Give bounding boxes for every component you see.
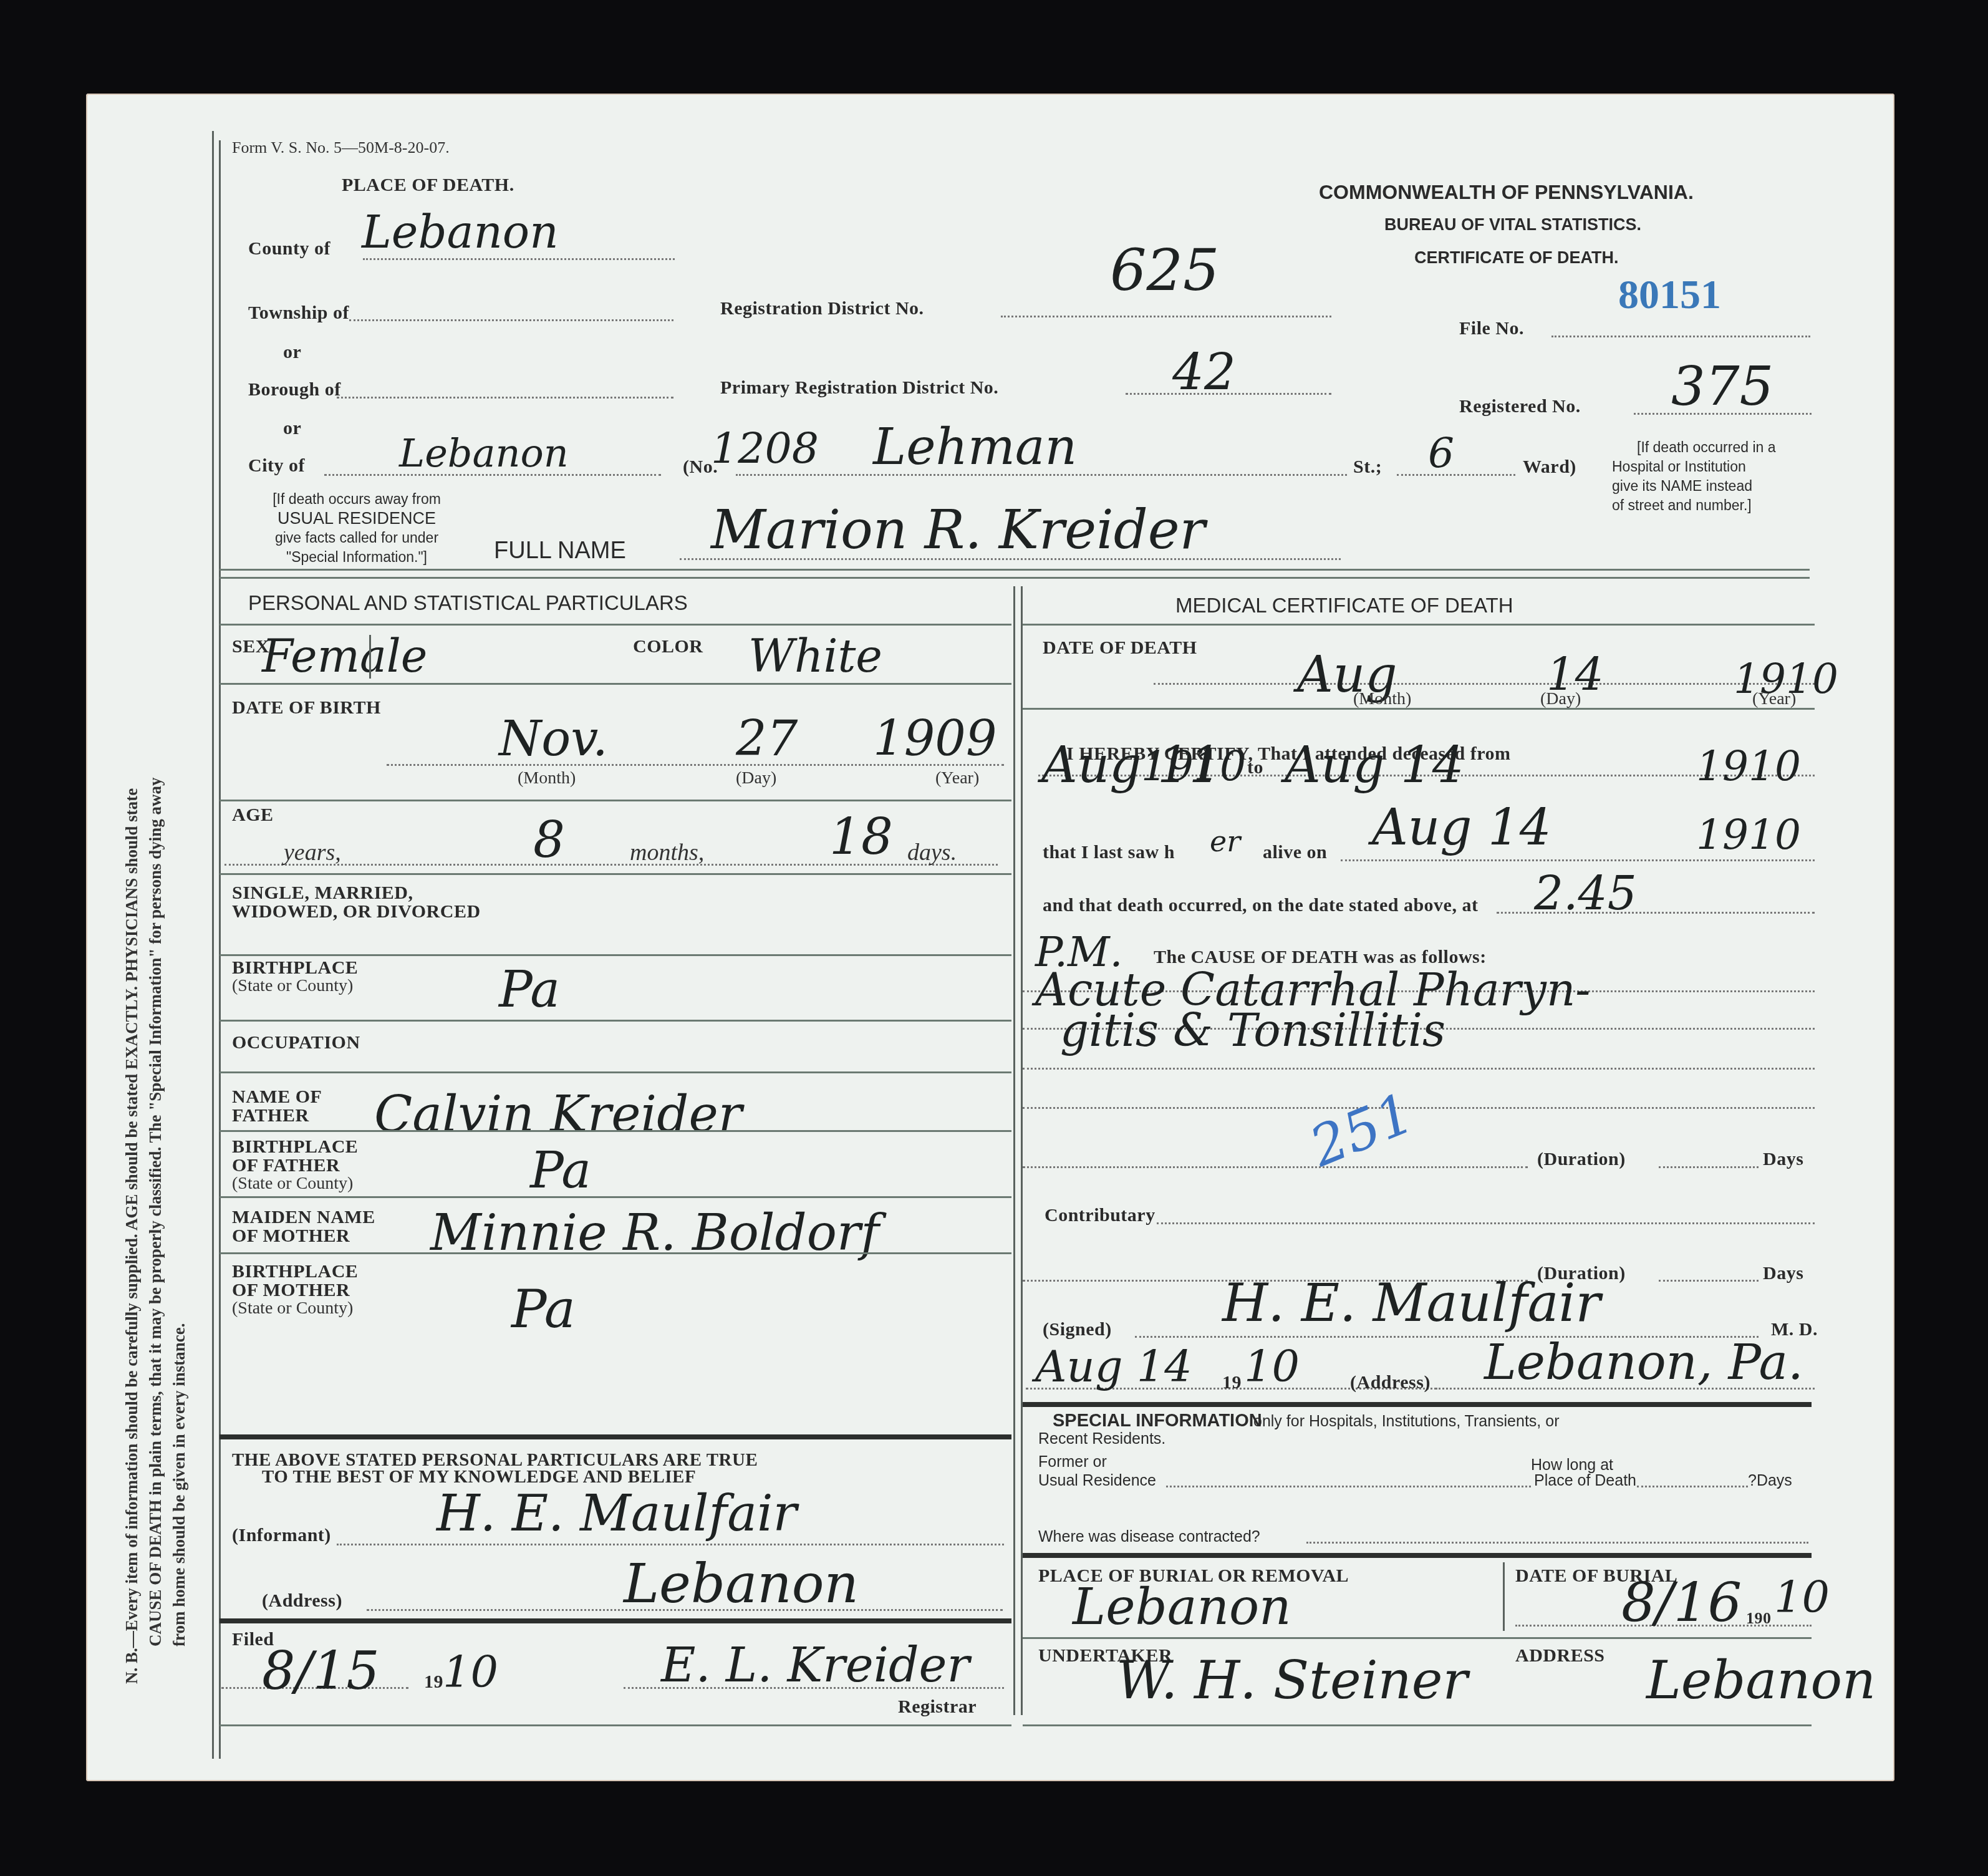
signed-year-prefix: 19 xyxy=(1222,1372,1242,1393)
informant-label: (Informant) xyxy=(232,1525,331,1546)
margin-rule xyxy=(219,140,221,1759)
street-name-field[interactable]: Lehman xyxy=(873,418,1077,476)
birthplace-field[interactable]: Pa xyxy=(499,960,560,1018)
sex-field[interactable]: Female xyxy=(262,630,427,682)
thick-rule xyxy=(220,1618,1011,1623)
former-residence-label-2: Usual Residence xyxy=(1038,1472,1156,1490)
birthplace-caption: (State or County) xyxy=(232,976,353,996)
column-divider xyxy=(1013,586,1015,1715)
city-label: City of xyxy=(248,455,305,476)
or-label: or xyxy=(283,418,301,439)
color-label: COLOR xyxy=(633,636,703,657)
how-long-label-2: Place of Death xyxy=(1534,1472,1636,1490)
last-saw-line xyxy=(1341,859,1815,861)
marital-label-1: SINGLE, MARRIED, xyxy=(232,882,413,904)
dod-year-caption: (Year) xyxy=(1752,689,1796,709)
rule xyxy=(1023,708,1815,710)
cause-line-2-field[interactable]: gitis & Tonsillitis xyxy=(1060,1004,1445,1056)
mother-name-label-1: MAIDEN NAME xyxy=(232,1207,375,1228)
file-no-label: File No. xyxy=(1459,318,1524,339)
alive-on-label: alive on xyxy=(1263,842,1327,863)
time-field[interactable]: 2.45 xyxy=(1534,867,1637,921)
informant-field[interactable]: H. E. Maulfair xyxy=(437,1484,797,1542)
duration-days-field-2[interactable] xyxy=(1659,1280,1759,1282)
special-heading-rest-2: Recent Residents. xyxy=(1038,1430,1165,1448)
burial-divider xyxy=(1503,1562,1505,1631)
signed-label: (Signed) xyxy=(1043,1319,1112,1340)
special-heading-rest: only for Hospitals, Institutions, Transi… xyxy=(1253,1413,1560,1431)
father-name-field[interactable]: Calvin Kreider xyxy=(374,1085,742,1143)
county-line xyxy=(363,258,675,260)
dod-month-caption: (Month) xyxy=(1353,689,1411,709)
borough-label: Borough of xyxy=(248,379,341,400)
age-months-field[interactable]: 8 xyxy=(533,811,565,869)
undertaker-address-field[interactable]: Lebanon xyxy=(1646,1650,1876,1711)
away-note-line: USUAL RESIDENCE xyxy=(244,509,469,528)
death-certificate-page xyxy=(86,94,1894,1781)
contracted-field[interactable] xyxy=(1306,1542,1808,1544)
last-saw-label: that I last saw h xyxy=(1043,842,1175,863)
mother-birthplace-label-1: BIRTHPLACE xyxy=(232,1261,358,1282)
undertaker-field[interactable]: W. H. Steiner xyxy=(1116,1650,1468,1711)
township-label: Township of xyxy=(248,302,349,324)
physician-address-field[interactable]: Lebanon, Pa. xyxy=(1484,1335,1803,1391)
cause-line xyxy=(1023,1107,1815,1109)
rule xyxy=(220,873,1011,875)
color-field[interactable]: White xyxy=(748,630,882,682)
hospital-note: [If death occurred in a Hospital or Inst… xyxy=(1612,438,1775,515)
rule xyxy=(220,624,1011,626)
street-suffix-label: St.; xyxy=(1353,457,1382,478)
mother-birthplace-caption: (State or County) xyxy=(232,1298,353,1318)
borough-field[interactable] xyxy=(337,397,673,399)
father-birthplace-field[interactable]: Pa xyxy=(530,1141,591,1199)
father-birthplace-label-2: OF FATHER xyxy=(232,1155,340,1176)
burial-date-field[interactable]: 8/16 xyxy=(1621,1572,1742,1634)
away-note-line: "Special Information."] xyxy=(244,548,469,567)
away-note-line: give facts called for under xyxy=(244,528,469,548)
signed-date-field[interactable]: Aug 14 xyxy=(1035,1341,1192,1392)
rule xyxy=(220,577,1810,579)
thick-rule xyxy=(220,1434,1011,1439)
filed-date-field[interactable]: 8/15 xyxy=(262,1640,380,1701)
rule xyxy=(220,1071,1011,1073)
informant-address-label: (Address) xyxy=(262,1590,342,1612)
primary-district-field[interactable]: 42 xyxy=(1172,343,1236,401)
registrar-signature[interactable]: E. L. Kreider xyxy=(661,1637,970,1693)
mother-birthplace-field[interactable]: Pa xyxy=(511,1279,576,1340)
undertaker-address-label: ADDRESS xyxy=(1515,1645,1605,1666)
rule xyxy=(220,569,1810,571)
father-birthplace-label-1: BIRTHPLACE xyxy=(232,1136,358,1158)
last-saw-pronoun-field[interactable]: er xyxy=(1210,824,1240,858)
rule xyxy=(220,1130,1011,1132)
dob-day-caption: (Day) xyxy=(736,768,776,788)
hospital-note-line: [If death occurred in a xyxy=(1612,438,1775,457)
ward-label: Ward) xyxy=(1523,457,1576,478)
dob-label: DATE OF BIRTH xyxy=(232,697,381,718)
medical-heading: MEDICAL CERTIFICATE OF DEATH xyxy=(1175,594,1513,617)
duration-days-label: Days xyxy=(1763,1149,1803,1170)
former-residence-label-1: Former or xyxy=(1038,1453,1107,1471)
rule xyxy=(220,1252,1011,1254)
street-number-field[interactable]: 1208 xyxy=(711,424,819,473)
file-no-line xyxy=(1551,336,1810,337)
dob-month-caption: (Month) xyxy=(518,768,576,788)
duration-label: (Duration) xyxy=(1537,1149,1626,1170)
rule xyxy=(1023,1637,1812,1639)
contributory-field[interactable] xyxy=(1157,1222,1815,1224)
dob-day-field[interactable]: 27 xyxy=(736,711,798,767)
city-field[interactable]: Lebanon xyxy=(399,430,569,476)
county-field[interactable]: Lebanon xyxy=(362,206,559,258)
registration-district-line xyxy=(1001,316,1331,317)
file-number-stamp: 80151 xyxy=(1618,271,1721,319)
informant-address-field[interactable]: Lebanon xyxy=(624,1553,859,1615)
informant-line xyxy=(337,1544,1004,1545)
years-label: years, xyxy=(284,839,341,866)
header-bureau: BUREAU OF VITAL STATISTICS. xyxy=(1384,215,1641,234)
attended-from-year-field[interactable]: 1910 xyxy=(1141,742,1246,790)
age-days-field[interactable]: 18 xyxy=(829,808,893,866)
hospital-note-line: give its NAME instead xyxy=(1612,476,1775,496)
form-id: Form V. S. No. 5—50M-8-20-07. xyxy=(232,138,450,157)
father-birthplace-caption: (State or County) xyxy=(232,1174,353,1194)
header-certificate: CERTIFICATE OF DEATH. xyxy=(1414,248,1618,268)
rule xyxy=(220,954,1011,956)
cause-line xyxy=(1023,1068,1815,1070)
contracted-label: Where was disease contracted? xyxy=(1038,1528,1260,1546)
side-note: N. B.—Every item of information should b… xyxy=(120,777,191,1684)
county-label: County of xyxy=(248,238,331,259)
special-heading: SPECIAL INFORMATION xyxy=(1053,1411,1262,1431)
primary-district-label: Primary Registration District No. xyxy=(720,377,998,399)
dod-day-caption: (Day) xyxy=(1540,689,1581,709)
duration-line xyxy=(1023,1166,1528,1168)
mother-name-label-2: OF MOTHER xyxy=(232,1226,350,1247)
burial-year-prefix: 190 xyxy=(1746,1609,1772,1628)
how-long-days-label: ?Days xyxy=(1748,1472,1792,1490)
thick-rule xyxy=(1023,1402,1812,1407)
header-commonwealth: COMMONWEALTH OF PENNSYLVANIA. xyxy=(1319,181,1694,204)
rule xyxy=(220,1020,1011,1022)
dob-year-caption: (Year) xyxy=(935,768,979,788)
place-of-death-heading: PLACE OF DEATH. xyxy=(342,175,514,196)
days-label: days. xyxy=(907,839,957,866)
ward-line xyxy=(1397,474,1515,476)
away-note: [If death occurs away from USUAL RESIDEN… xyxy=(244,490,469,567)
column-divider xyxy=(1021,586,1023,1715)
physician-address-label: (Address) xyxy=(1350,1372,1431,1393)
dob-year-field[interactable]: 1909 xyxy=(873,711,997,767)
side-note-line-3: from home should be given in every insta… xyxy=(167,777,191,1684)
physician-signature[interactable]: H. E. Maulfair xyxy=(1222,1272,1601,1333)
age-label: AGE xyxy=(232,805,274,826)
rule xyxy=(220,1196,1011,1198)
away-note-line: [If death occurs away from xyxy=(244,490,469,509)
father-name-label-1: NAME OF xyxy=(232,1086,322,1108)
personal-heading: PERSONAL AND STATISTICAL PARTICULARS xyxy=(248,591,688,615)
rule xyxy=(220,1724,1011,1726)
to-label-visible: to xyxy=(1247,757,1263,778)
township-field[interactable] xyxy=(349,319,673,321)
dod-line xyxy=(1154,683,1815,685)
registration-district-label: Registration District No. xyxy=(720,298,924,319)
marital-label-2: WIDOWED, OR DIVORCED xyxy=(232,901,481,922)
registered-no-field[interactable]: 375 xyxy=(1671,355,1773,418)
filed-year-prefix: 19 xyxy=(424,1671,443,1693)
former-residence-field[interactable] xyxy=(1166,1486,1531,1487)
rule xyxy=(1023,1724,1812,1726)
registered-no-label: Registered No. xyxy=(1459,396,1581,417)
dod-label: DATE OF DEATH xyxy=(1043,637,1197,659)
dob-month-field[interactable]: Nov. xyxy=(499,711,608,767)
hospital-note-line: Hospital or Institution xyxy=(1612,457,1775,476)
rule xyxy=(220,800,1011,801)
or-label: or xyxy=(283,342,301,363)
duration-days-label-2: Days xyxy=(1763,1263,1803,1284)
mother-birthplace-label-2: OF MOTHER xyxy=(232,1280,350,1301)
attended-to-field[interactable]: Aug 14 xyxy=(1285,736,1464,794)
how-long-field[interactable] xyxy=(1637,1486,1748,1487)
birthplace-label: BIRTHPLACE xyxy=(232,957,358,979)
rule xyxy=(1023,624,1815,626)
occupation-label: OCCUPATION xyxy=(232,1032,360,1053)
side-note-line-2: CAUSE OF DEATH in plain terms, that it m… xyxy=(143,777,167,1684)
duration-days-field[interactable] xyxy=(1659,1166,1759,1168)
occurred-text: and that death occurred, on the date sta… xyxy=(1043,895,1478,916)
burial-place-field[interactable]: Lebanon xyxy=(1073,1578,1291,1636)
rule xyxy=(220,683,1011,685)
side-note-line-1: N. B.—Every item of information should b… xyxy=(120,777,143,1684)
sex-color-divider xyxy=(369,635,371,679)
registrar-label: Registrar xyxy=(898,1696,977,1718)
signed-year-field[interactable]: 10 xyxy=(1244,1341,1300,1392)
months-label: months, xyxy=(630,839,704,866)
full-name-field[interactable]: Marion R. Kreider xyxy=(711,499,1205,561)
attended-to-year-field[interactable]: 1910 xyxy=(1696,742,1801,790)
filed-year-field[interactable]: 10 xyxy=(443,1646,498,1698)
father-name-label-2: FATHER xyxy=(232,1105,309,1126)
last-saw-year-field[interactable]: 1910 xyxy=(1696,811,1801,859)
burial-year-field[interactable]: 10 xyxy=(1774,1572,1830,1623)
registration-district-field[interactable]: 625 xyxy=(1110,237,1220,304)
contributory-label: Contributary xyxy=(1045,1205,1156,1226)
margin-rule xyxy=(212,131,214,1759)
full-name-label: FULL NAME xyxy=(494,538,626,564)
hospital-note-line: of street and number.] xyxy=(1612,496,1775,515)
ward-field[interactable]: 6 xyxy=(1428,429,1454,477)
last-saw-date-field[interactable]: Aug 14 xyxy=(1372,798,1551,856)
thick-rule xyxy=(1023,1553,1812,1558)
